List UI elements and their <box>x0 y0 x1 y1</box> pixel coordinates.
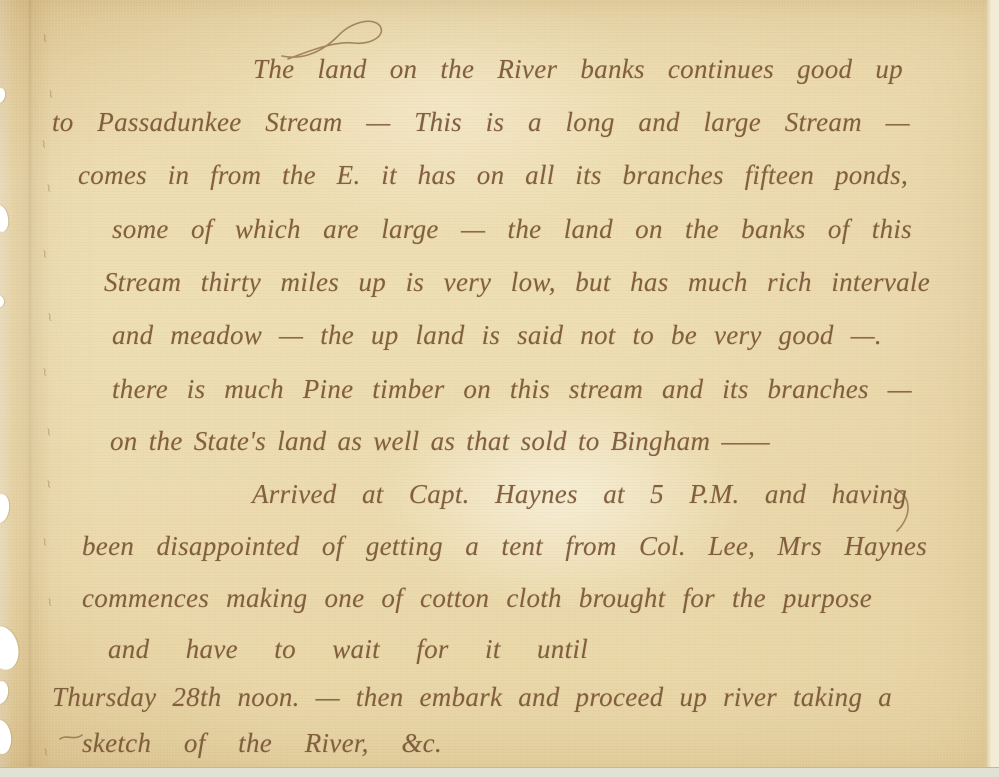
stitch-mark: ~ <box>41 746 51 757</box>
stitch-mark: ~ <box>45 311 55 322</box>
page-right-edge <box>985 0 999 777</box>
stitch-mark: ~ <box>45 596 55 607</box>
stitch-mark: ~ <box>44 478 54 489</box>
stitch-mark: ~ <box>40 366 50 377</box>
page-bottom-edge <box>0 767 999 777</box>
paper-crease-line <box>29 0 31 777</box>
manuscript-line: to Passadunkee Stream — This is a long a… <box>52 105 910 139</box>
manuscript-line: some of which are large — the land on th… <box>112 212 912 246</box>
pen-scratch-mark <box>58 730 84 744</box>
manuscript-line: and have to wait for it until <box>108 632 588 666</box>
stitch-mark: ~ <box>46 88 56 99</box>
manuscript-line: Thursday 28th noon. — then embark and pr… <box>52 680 892 714</box>
stitch-mark: ~ <box>40 32 50 43</box>
stitch-mark: ~ <box>44 426 54 437</box>
stitch-mark: ~ <box>39 138 49 149</box>
stitch-mark: ~ <box>40 536 50 547</box>
manuscript-line: commences making one of cotton cloth bro… <box>82 581 872 615</box>
stitch-mark: ~ <box>44 182 54 193</box>
manuscript-line: there is much Pine timber on this stream… <box>112 372 912 406</box>
manuscript-line: and meadow — the up land is said not to … <box>112 318 882 352</box>
manuscript-line: on the State's land as well as that sold… <box>110 424 770 458</box>
journal-page-scan: ~ ~ ~ ~ ~ ~ ~ ~ ~ ~ ~ ~ The land on the … <box>0 0 999 777</box>
manuscript-line: Stream thirty miles up is very low, but … <box>104 265 930 299</box>
manuscript-line: comes in from the E. it has on all its b… <box>78 158 908 192</box>
stitch-mark: ~ <box>40 248 50 259</box>
manuscript-line: been disappointed of getting a tent from… <box>82 529 927 563</box>
manuscript-line: The land on the River banks continues go… <box>253 52 903 86</box>
manuscript-line: sketch of the River, &c. <box>82 726 442 760</box>
manuscript-line: Arrived at Capt. Haynes at 5 P.M. and ha… <box>252 477 907 511</box>
